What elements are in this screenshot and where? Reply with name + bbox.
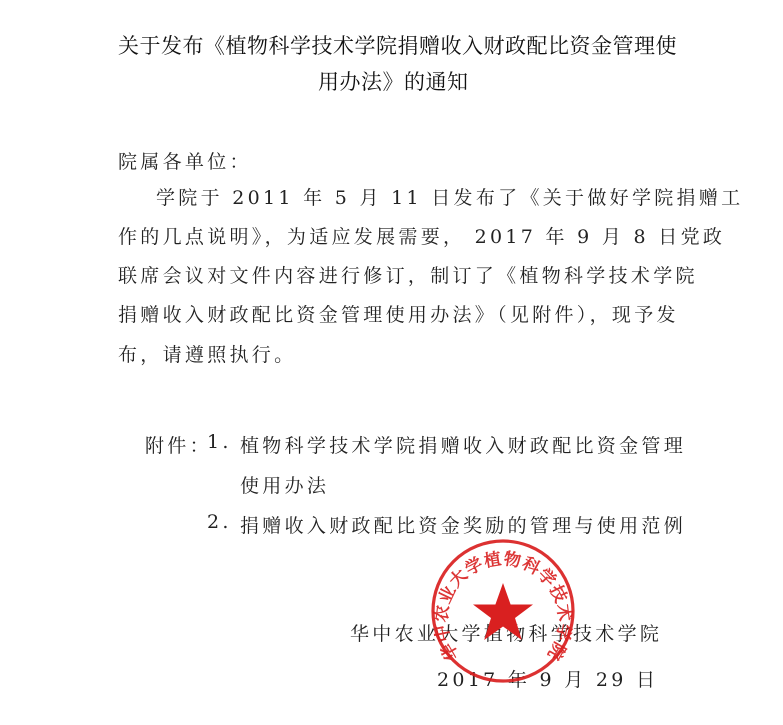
attachment-1-title-cont: 使用办法	[240, 471, 329, 498]
attachment-1-number: 1.	[207, 431, 232, 453]
body-line: 作的几点说明》，为适应发展需要， 2017 年 9 月 8 日党政	[118, 222, 725, 249]
attachments-label: 附件：	[145, 431, 212, 458]
seal-text: 华中农业大学植物科学技术学院	[430, 548, 575, 664]
attachment-1-title: 植物科学技术学院捐赠收入财政配比资金管理	[240, 431, 686, 458]
signature-organization: 华中农业大学植物科学技术学院	[350, 619, 662, 646]
attachment-2-number: 2.	[207, 511, 232, 533]
body-line: 学院于 2011 年 5 月 11 日发布了《关于做好学院捐赠工	[156, 183, 743, 210]
document-title-line-1: 关于发布《植物科学技术学院捐赠收入财政配比资金管理使	[118, 30, 677, 60]
salutation: 院属各单位：	[118, 147, 252, 174]
document-title-line-2: 用办法》的通知	[318, 66, 469, 96]
body-line: 联席会议对文件内容进行修订，制订了《植物科学技术学院	[118, 261, 698, 288]
attachment-2-title: 捐赠收入财政配比资金奖励的管理与使用范例	[240, 511, 686, 538]
body-line: 布，请遵照执行。	[118, 340, 296, 367]
official-seal: 华中农业大学植物科学技术学院	[428, 536, 578, 686]
body-line: 捐赠收入财政配比资金管理使用办法》（见附件），现予发	[118, 300, 679, 327]
svg-text:华中农业大学植物科学技术学院: 华中农业大学植物科学技术学院	[430, 548, 575, 664]
signature-date: 2017 年 9 月 29 日	[437, 665, 658, 692]
